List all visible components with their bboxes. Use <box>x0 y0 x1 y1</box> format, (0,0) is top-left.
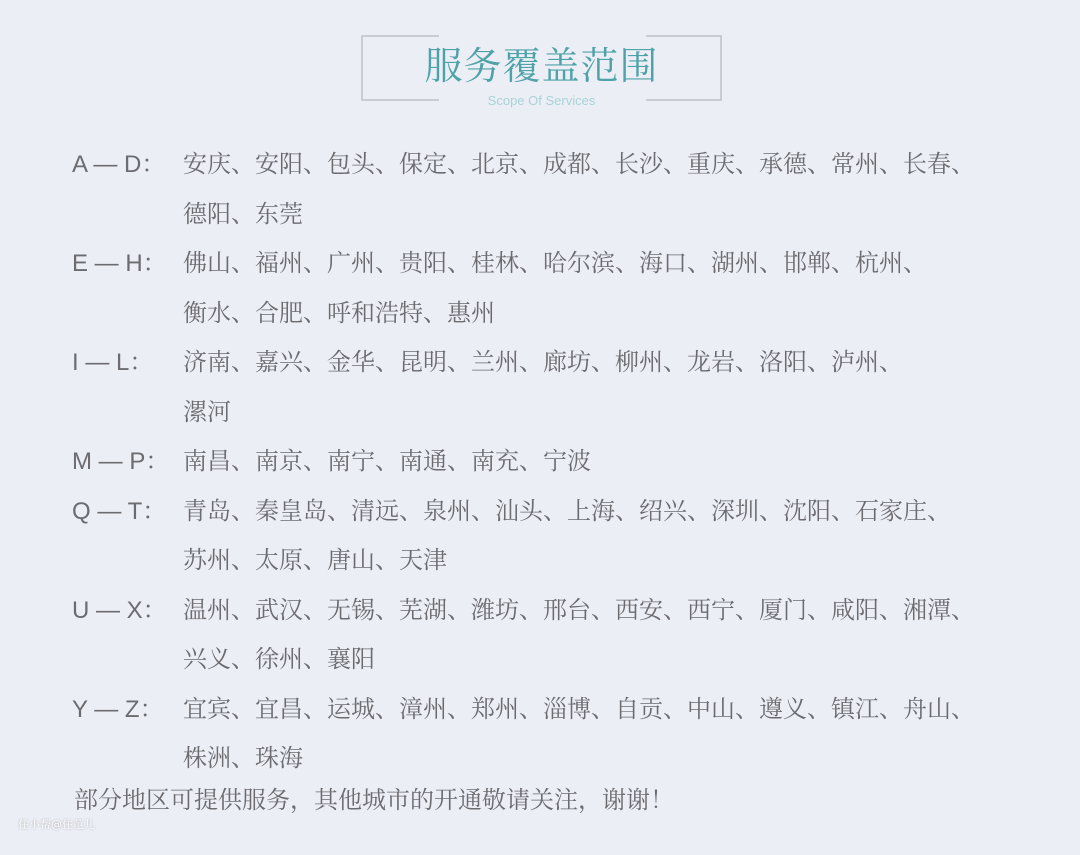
group-cities: 温州、武汉、无锡、芜湖、潍坊、邢台、西安、西宁、厦门、咸阳、湘潭、 兴义、徐州、… <box>183 586 1042 685</box>
group-q-t: Q — T： 青岛、秦皇岛、清远、泉州、汕头、上海、绍兴、深圳、沈阳、石家庄、 … <box>72 487 1042 586</box>
watermark: 住小帮@住范儿 <box>18 818 95 832</box>
group-cities: 青岛、秦皇岛、清远、泉州、汕头、上海、绍兴、深圳、沈阳、石家庄、 苏州、太原、唐… <box>183 487 1042 586</box>
group-label: A — D： <box>72 140 183 190</box>
group-e-h: E — H： 佛山、福州、广州、贵阳、桂林、哈尔滨、海口、湖州、邯郸、杭州、 衡… <box>72 239 1042 338</box>
city-list: A — D： 安庆、安阳、包头、保定、北京、成都、长沙、重庆、承德、常州、长春、… <box>72 140 1042 784</box>
cities-line: 漯河 <box>183 388 1042 438</box>
cities-line: 德阳、东莞 <box>183 190 1042 240</box>
cities-line: 南昌、南京、南宁、南通、南充、宁波 <box>183 437 1042 487</box>
group-i-l: I — L： 济南、嘉兴、金华、昆明、兰州、廊坊、柳州、龙岩、洛阳、泸州、 漯河 <box>72 338 1042 437</box>
frame-top-left-border <box>361 35 439 37</box>
cities-line: 安庆、安阳、包头、保定、北京、成都、长沙、重庆、承德、常州、长春、 <box>183 140 1042 190</box>
group-cities: 安庆、安阳、包头、保定、北京、成都、长沙、重庆、承德、常州、长春、 德阳、东莞 <box>183 140 1042 239</box>
cities-line: 苏州、太原、唐山、天津 <box>183 536 1042 586</box>
cities-line: 衡水、合肥、呼和浩特、惠州 <box>183 289 1042 339</box>
cities-line: 兴义、徐州、襄阳 <box>183 635 1042 685</box>
page-subtitle: Scope Of Services <box>361 93 722 109</box>
group-label: M — P： <box>72 437 183 487</box>
cities-line: 温州、武汉、无锡、芜湖、潍坊、邢台、西安、西宁、厦门、咸阳、湘潭、 <box>183 586 1042 636</box>
page-title: 服务覆盖范围 <box>361 44 722 88</box>
cities-line: 宜宾、宜昌、运城、漳州、郑州、淄博、自贡、中山、遵义、镇江、舟山、 <box>183 685 1042 735</box>
group-cities: 济南、嘉兴、金华、昆明、兰州、廊坊、柳州、龙岩、洛阳、泸州、 漯河 <box>183 338 1042 437</box>
group-cities: 佛山、福州、广州、贵阳、桂林、哈尔滨、海口、湖州、邯郸、杭州、 衡水、合肥、呼和… <box>183 239 1042 338</box>
cities-line: 佛山、福州、广州、贵阳、桂林、哈尔滨、海口、湖州、邯郸、杭州、 <box>183 239 1042 289</box>
group-m-p: M — P： 南昌、南京、南宁、南通、南充、宁波 <box>72 437 1042 487</box>
group-y-z: Y — Z： 宜宾、宜昌、运城、漳州、郑州、淄博、自贡、中山、遵义、镇江、舟山、… <box>72 685 1042 784</box>
cities-line: 青岛、秦皇岛、清远、泉州、汕头、上海、绍兴、深圳、沈阳、石家庄、 <box>183 487 1042 537</box>
header: 服务覆盖范围 Scope Of Services <box>361 35 722 101</box>
group-cities: 宜宾、宜昌、运城、漳州、郑州、淄博、自贡、中山、遵义、镇江、舟山、 株洲、珠海 <box>183 685 1042 784</box>
frame-top-right-border <box>646 35 722 37</box>
group-a-d: A — D： 安庆、安阳、包头、保定、北京、成都、长沙、重庆、承德、常州、长春、… <box>72 140 1042 239</box>
cities-line: 株洲、珠海 <box>183 734 1042 784</box>
group-label: U — X： <box>72 586 183 636</box>
group-label: Y — Z： <box>72 685 183 735</box>
group-label: E — H： <box>72 239 183 289</box>
group-cities: 南昌、南京、南宁、南通、南充、宁波 <box>183 437 1042 487</box>
group-u-x: U — X： 温州、武汉、无锡、芜湖、潍坊、邢台、西安、西宁、厦门、咸阳、湘潭、… <box>72 586 1042 685</box>
group-label: Q — T： <box>72 487 183 537</box>
group-label: I — L： <box>72 338 183 388</box>
footer-note: 部分地区可提供服务，其他城市的开通敬请关注，谢谢！ <box>74 780 674 820</box>
cities-line: 济南、嘉兴、金华、昆明、兰州、廊坊、柳州、龙岩、洛阳、泸州、 <box>183 338 1042 388</box>
